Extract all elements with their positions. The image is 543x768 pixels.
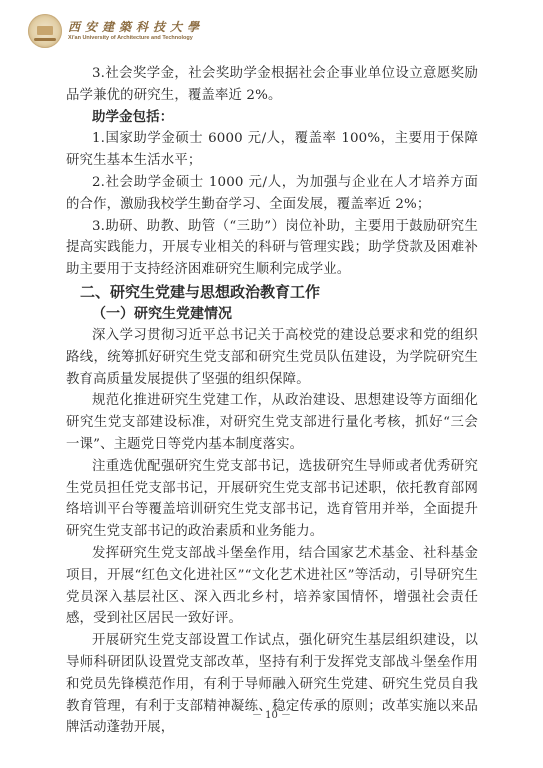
university-name-cn: 西安建築科技大學 (68, 20, 204, 34)
university-name-en: Xi'an University of Architecture and Tec… (68, 34, 204, 42)
university-emblem-icon (28, 14, 62, 48)
section-heading: 二、研究生党建与思想政治教育工作 (66, 281, 478, 303)
paragraph-social-scholarship: 3.社会奖学金，社会奖助学金根据社会企事业单位设立意愿奖励品学兼优的研究生，覆盖… (66, 63, 478, 107)
university-name: 西安建築科技大學 Xi'an University of Architectur… (68, 20, 204, 42)
paragraph-fortress-role: 发挥研究生党支部战斗堡垒作用，结合国家艺术基金、社科基金项目，开展“红色文化进社… (66, 543, 478, 630)
paragraph-social-grant: 2.社会助学金硕士 1000 元/人，为加强与企业在人才培养方面的合作，激励我校… (66, 172, 478, 216)
page-header: 西安建築科技大學 Xi'an University of Architectur… (28, 14, 204, 48)
paragraph-pilot-reform: 开展研究生党支部设置工作试点，强化研究生基层组织建设，以导师科研团队设置党支部改… (66, 630, 478, 739)
document-body: 3.社会奖学金，社会奖助学金根据社会企事业单位设立意愿奖励品学兼优的研究生，覆盖… (66, 63, 478, 739)
paragraph-three-assist: 3.助研、助教、助管（“三助”）岗位补助，主要用于鼓励研究生提高实践能力，开展专… (66, 216, 478, 281)
page-number: － 10 － (0, 706, 543, 721)
subheading-grants: 助学金包括： (66, 107, 478, 129)
subsection-heading: （一）研究生党建情况 (66, 303, 478, 325)
paragraph-party-study: 深入学习贯彻习近平总书记关于高校党的建设总要求和党的组织路线，统筹抓好研究生党支… (66, 325, 478, 390)
paragraph-standardization: 规范化推进研究生党建工作，从政治建设、思想建设等方面细化研究生党支部建设标准，对… (66, 390, 478, 455)
paragraph-secretaries: 注重选优配强研究生党支部书记，选拔研究生导师或者优秀研究生党员担任党支部书记，开… (66, 456, 478, 543)
paragraph-national-grant: 1.国家助学金硕士 6000 元/人，覆盖率 100%，主要用于保障研究生基本生… (66, 128, 478, 172)
